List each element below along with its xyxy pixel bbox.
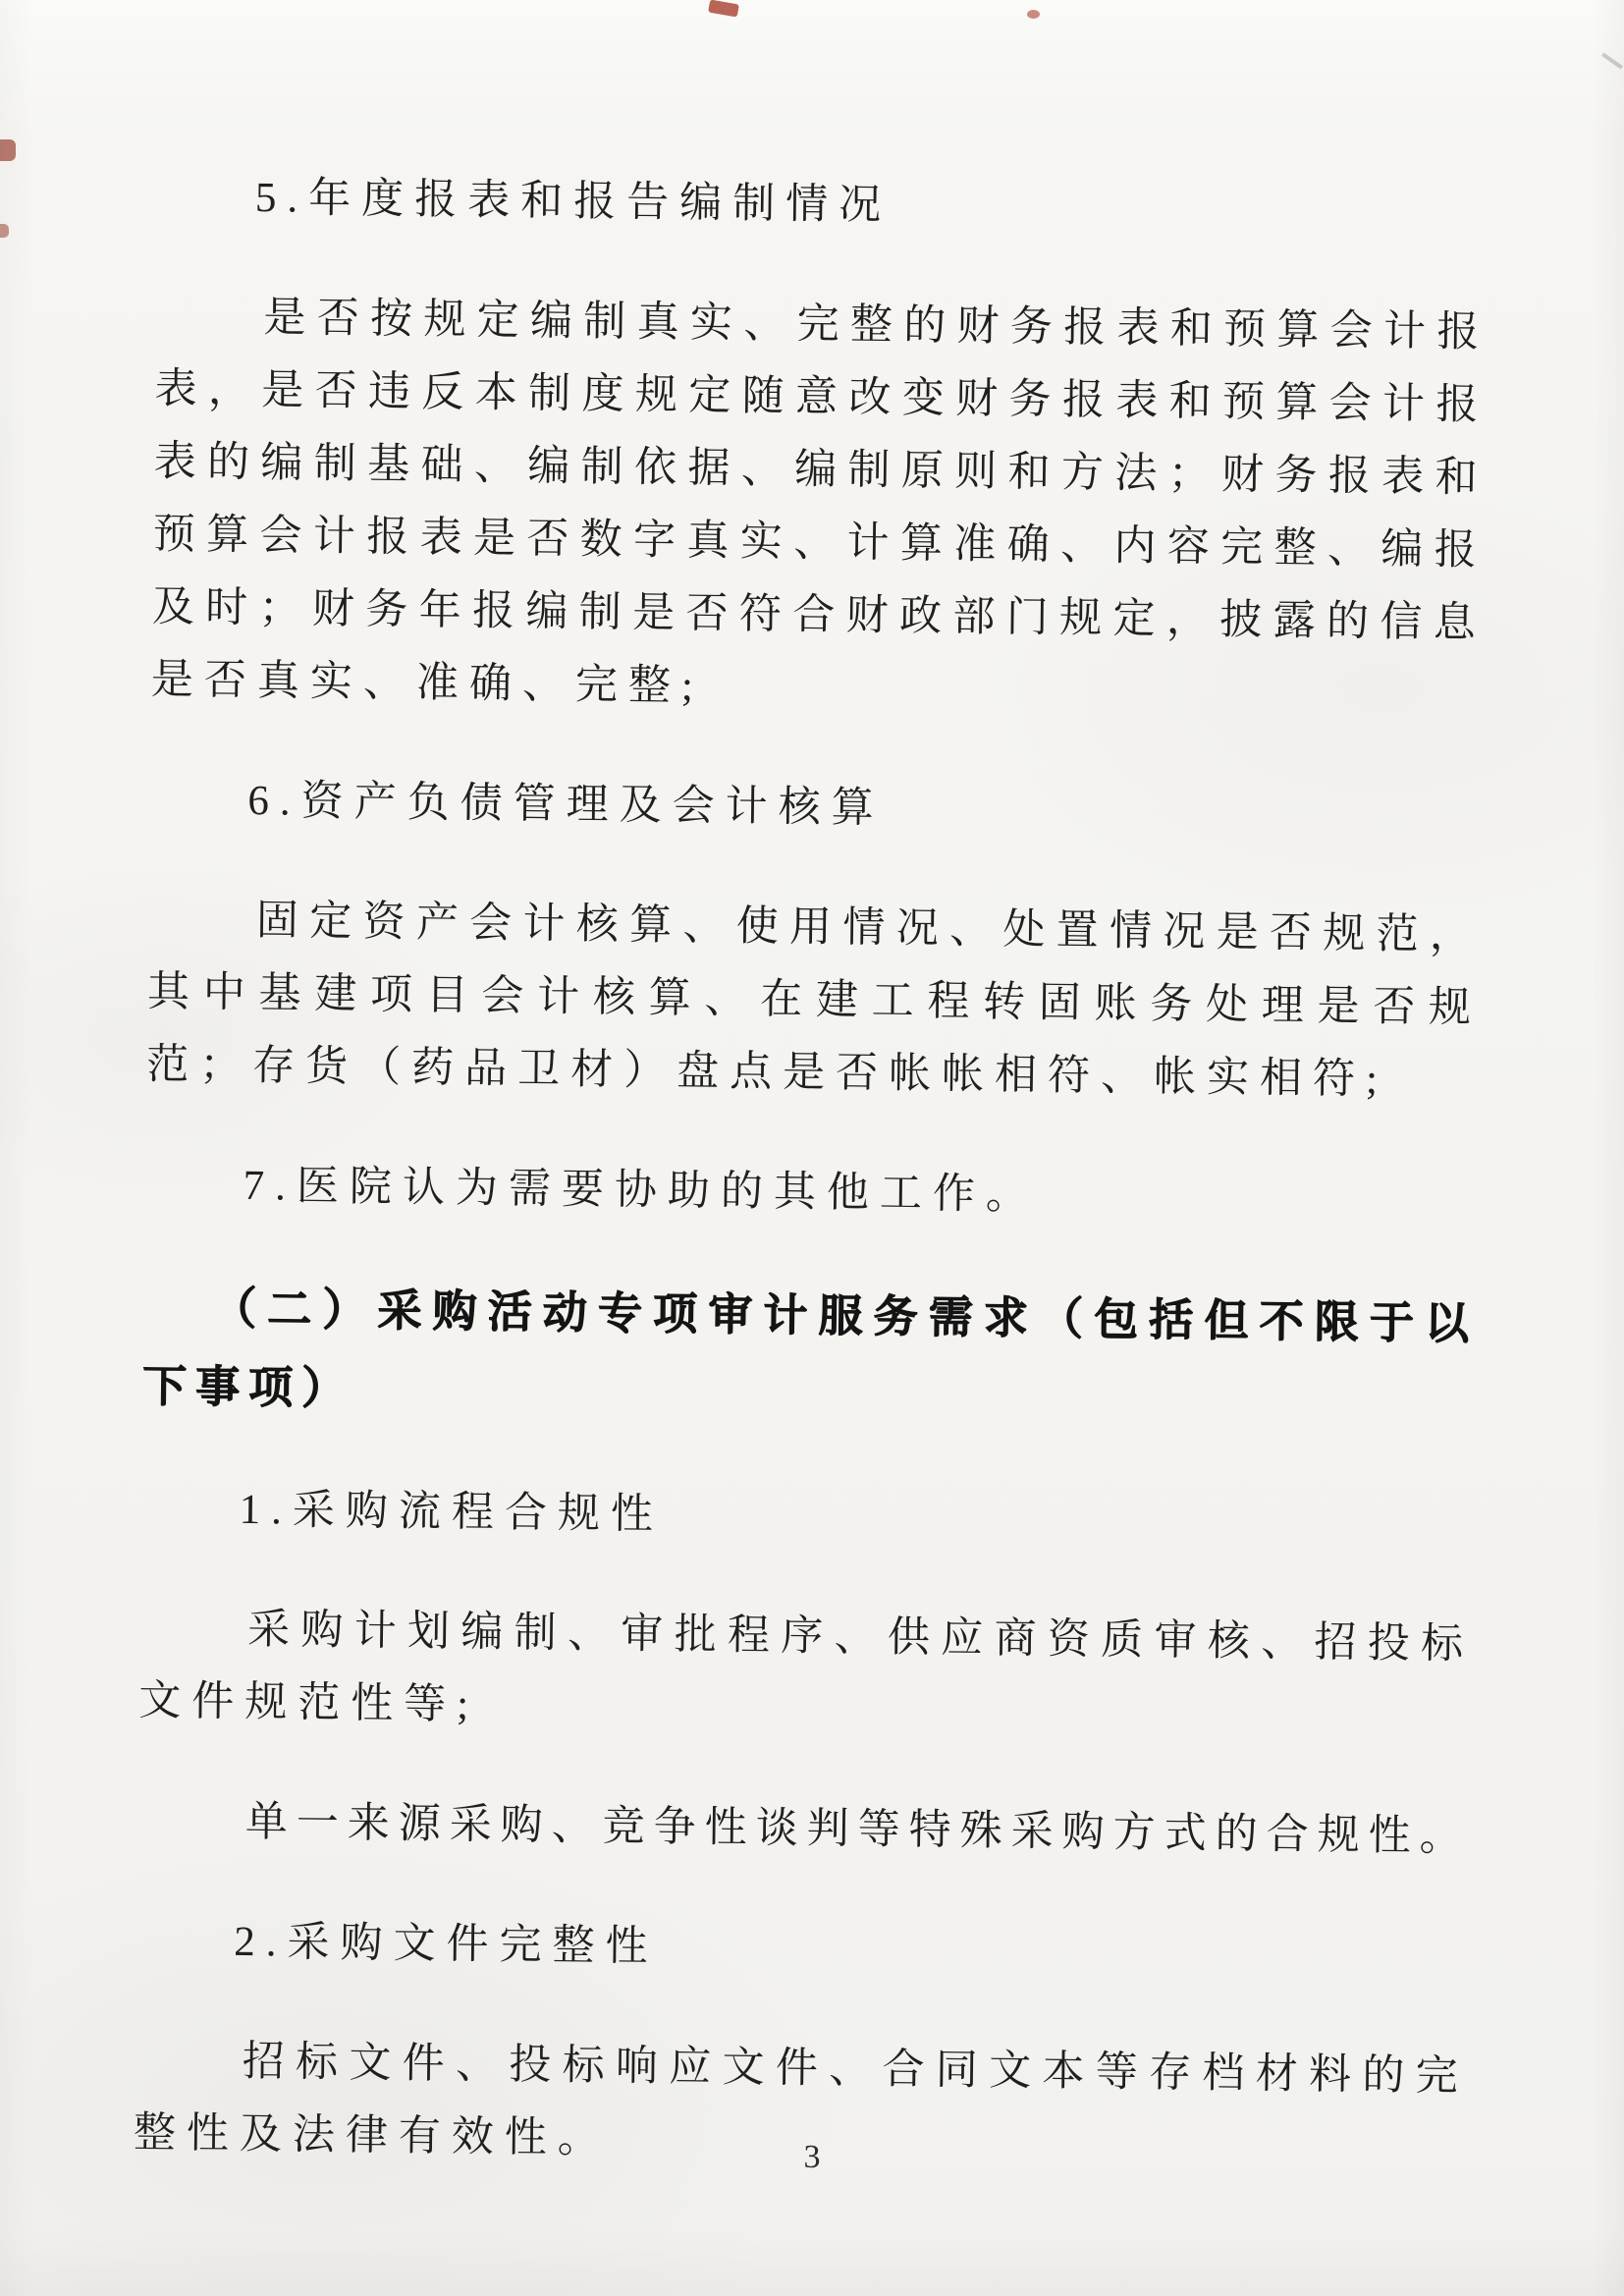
scanned-document-page: 5.年度报表和报告编制情况 是否按规定编制真实、完整的财务报表和预算会计报表，是… [0,0,1624,2296]
page-number: 3 [804,2139,821,2176]
subsection-heading-procurement-audit: （二）采购活动专项审计服务需求（包括但不限于以下事项） [142,1269,1479,1443]
item-heading-procurement-document-completeness: 2.采购文件完整性 [135,1905,1471,1995]
paragraph-annual-reports-detail: 是否按规定编制真实、完整的财务报表和预算会计报表，是否违反本制度规定随意改变财务… [150,281,1489,734]
section-heading-annual-reports: 5.年度报表和报告编制情况 [157,161,1492,250]
paragraph-procurement-document-detail: 招标文件、投标响应文件、合同文本等存档材料的完整性及法律有效性。 [133,2025,1469,2187]
item-heading-procurement-process-compliance: 1.采购流程合规性 [140,1473,1476,1562]
document-text-area: 5.年度报表和报告编制情况 是否按规定编制真实、完整的财务报表和预算会计报表，是… [0,0,1624,2235]
paragraph-special-procurement-compliance: 单一来源采购、竞争性谈判等特殊采购方式的合规性。 [136,1785,1472,1875]
paragraph-asset-liability-detail: 固定资产会计核算、使用情况、处置情况是否规范，其中基建项目会计核算、在建工程转固… [146,884,1484,1119]
section-heading-other-work: 7.医院认为需要协助的其他工作。 [144,1149,1480,1238]
scan-artifact-red-mark-4 [0,224,9,238]
section-heading-asset-liability: 6.资产负债管理及会计核算 [149,764,1485,853]
paragraph-procurement-process-detail: 采购计划编制、审批程序、供应商资质审核、招投标文件规范性等; [138,1593,1475,1755]
